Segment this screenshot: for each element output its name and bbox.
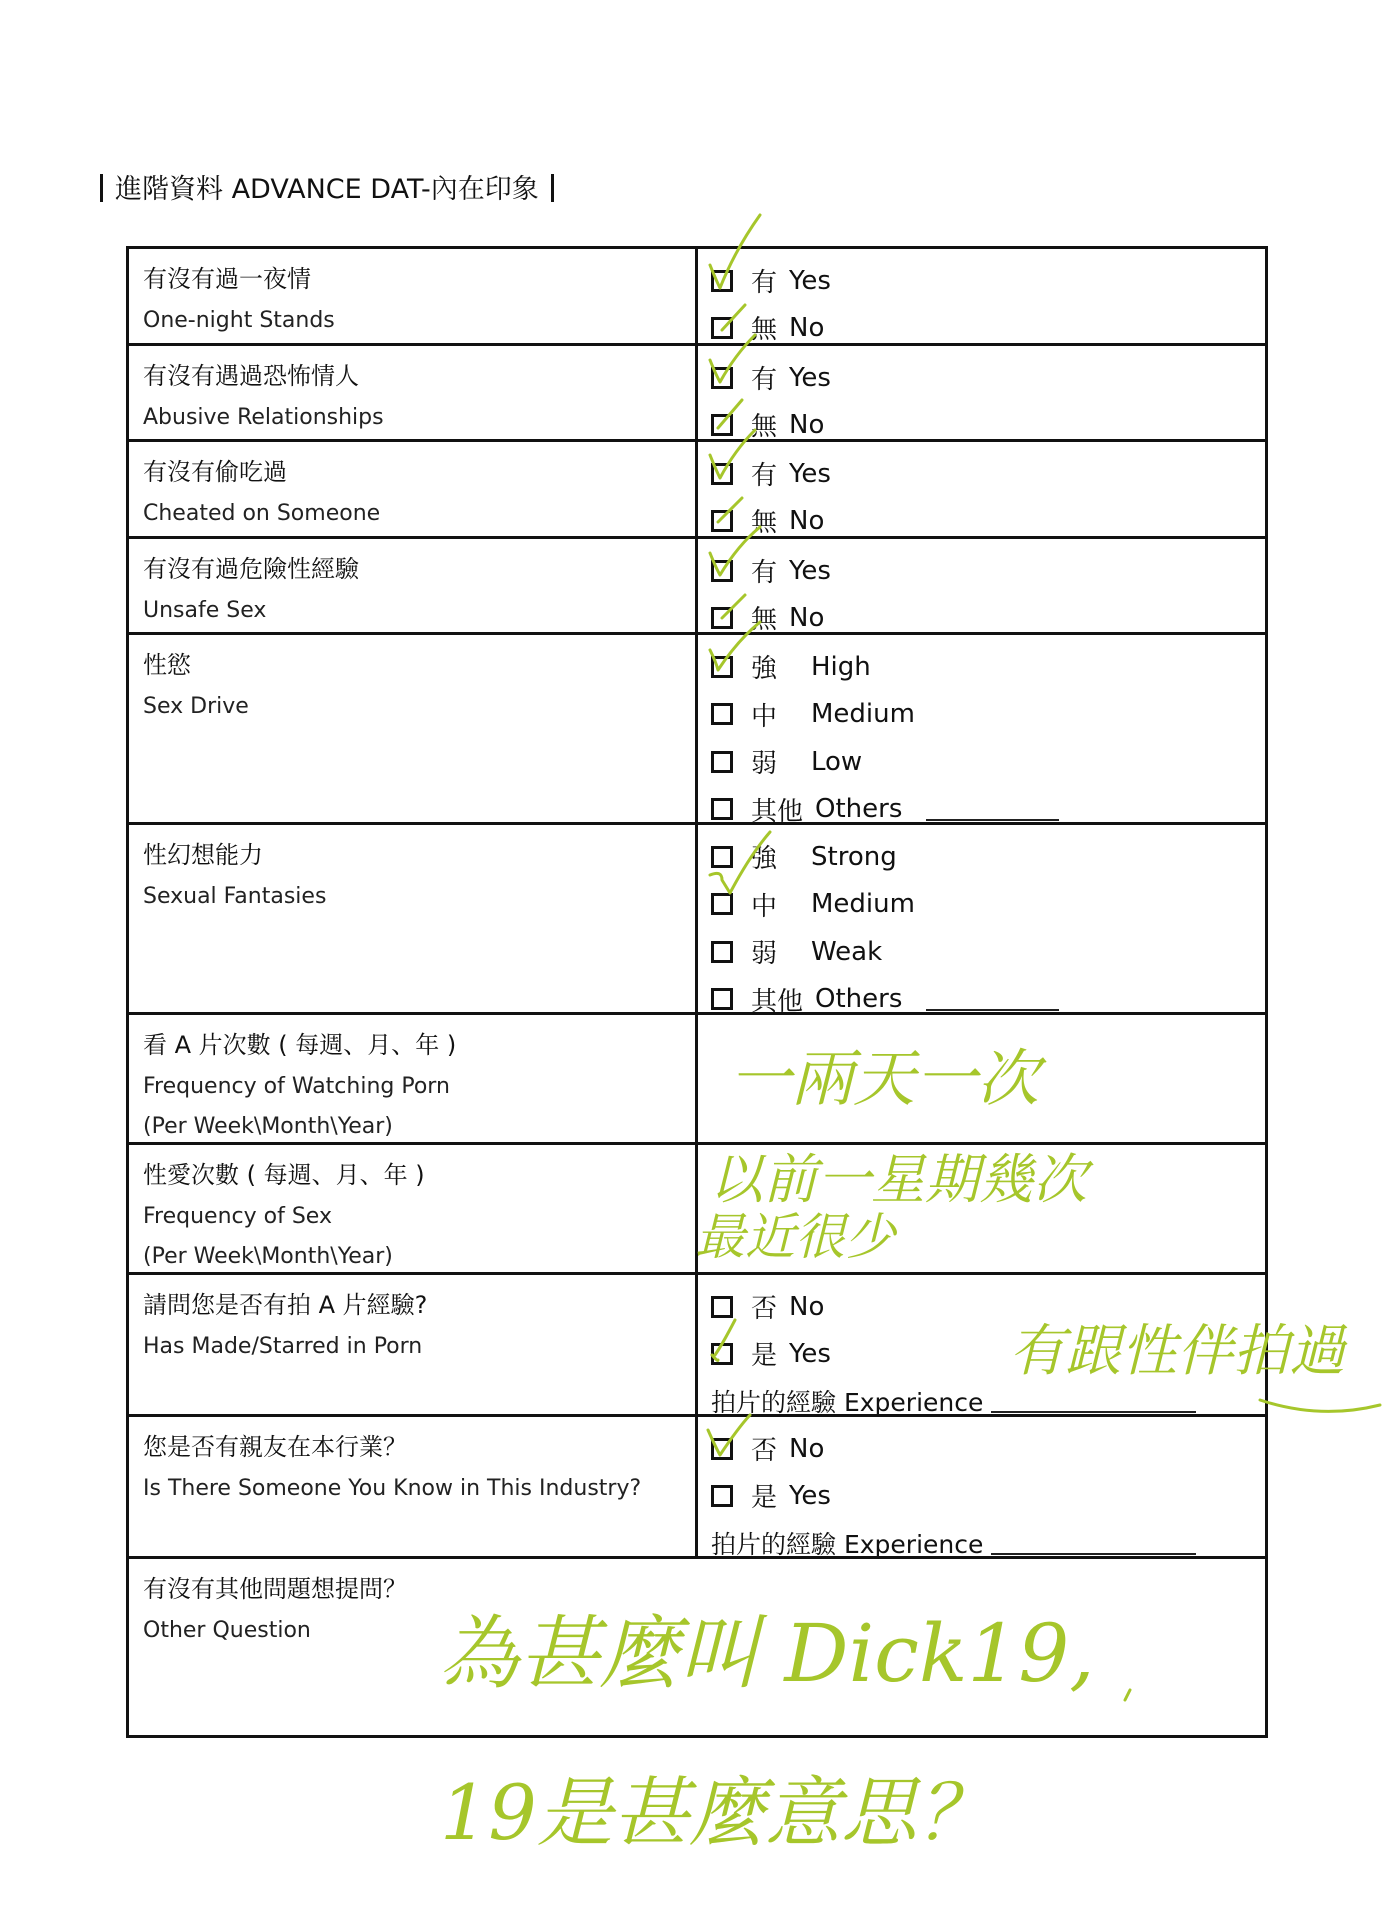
column-divider	[695, 1015, 698, 1142]
option-zh: 有	[751, 262, 779, 299]
checkbox-checked[interactable]	[711, 463, 733, 485]
option-no[interactable]: 否No	[711, 1283, 1255, 1330]
row-one-night-stands: 有沒有過一夜情 One-night Stands 有Yes 無No	[129, 249, 1265, 346]
question-en-period: (Per Week\Month\Year)	[143, 1237, 683, 1277]
checkbox-checked[interactable]	[711, 893, 733, 915]
checkbox-checked[interactable]	[711, 560, 733, 582]
question-en-period: (Per Week\Month\Year)	[143, 1107, 683, 1147]
option-en: No	[789, 506, 824, 536]
option-no[interactable]: 否No	[711, 1425, 1255, 1472]
option-yes[interactable]: 有Yes	[711, 547, 1255, 594]
option-zh: 弱	[751, 933, 801, 970]
checkbox[interactable]	[711, 751, 733, 773]
question-en: Frequency of Sex	[143, 1197, 683, 1237]
question-zh: 有沒有遇過恐怖情人	[143, 354, 683, 398]
title-bar-left	[100, 174, 103, 202]
checkbox[interactable]	[711, 317, 733, 339]
option-zh: 有	[751, 552, 779, 589]
option-en: Yes	[789, 1481, 831, 1511]
handwritten-answer-line1[interactable]: 以前一星期幾次	[709, 1137, 1087, 1214]
option-en: No	[789, 1292, 824, 1322]
question-en: Other Question	[143, 1611, 683, 1651]
question-zh: 請問您是否有拍 A 片經驗?	[143, 1283, 683, 1327]
checkbox-checked[interactable]	[711, 1438, 733, 1460]
checkbox[interactable]	[711, 607, 733, 629]
option-en: Low	[811, 747, 862, 777]
option-en: No	[789, 313, 824, 343]
option-medium[interactable]: 中Medium	[711, 881, 1255, 929]
checkbox-checked[interactable]	[711, 656, 733, 678]
handwritten-answer[interactable]: 一兩天一次	[729, 1029, 1039, 1118]
checkbox[interactable]	[711, 798, 733, 820]
checkbox[interactable]	[711, 1485, 733, 1507]
title-bar-right	[551, 174, 554, 202]
option-strong[interactable]: 強Strong	[711, 833, 1255, 881]
question-en: Abusive Relationships	[143, 398, 683, 438]
option-zh: 中	[751, 886, 801, 923]
checkbox[interactable]	[711, 510, 733, 532]
checkbox-checked[interactable]	[711, 1343, 733, 1365]
question-zh: 有沒有其他問題想提問？	[143, 1567, 683, 1611]
questionnaire-table: 有沒有過一夜情 One-night Stands 有Yes 無No 有沒有遇過恐…	[126, 246, 1268, 1738]
question-en: Unsafe Sex	[143, 591, 683, 631]
question-en: One-night Stands	[143, 301, 683, 341]
option-weak[interactable]: 弱Weak	[711, 928, 1255, 976]
row-abusive-relationships: 有沒有遇過恐怖情人 Abusive Relationships 有Yes 無No	[129, 343, 1265, 439]
option-en: Weak	[811, 937, 882, 967]
handwritten-question-line2[interactable]: 19是甚麼意思？	[440, 1752, 993, 1861]
row-sexual-fantasies: 性幻想能力 Sexual Fantasies 強Strong 中Medium 弱…	[129, 822, 1265, 1012]
option-zh: 有	[751, 359, 779, 396]
option-zh: 中	[751, 696, 801, 733]
column-divider	[695, 539, 698, 632]
option-yes[interactable]: 有Yes	[711, 257, 1255, 304]
column-divider	[695, 825, 698, 1012]
handwritten-answer-line2[interactable]: 最近很少	[695, 1197, 895, 1269]
checkbox-checked[interactable]	[711, 270, 733, 292]
checkbox-checked[interactable]	[711, 367, 733, 389]
row-sex-drive: 性慾 Sex Drive 強High 中Medium 弱Low 其他Others	[129, 632, 1265, 822]
question-zh: 有沒有過危險性經驗	[143, 547, 683, 591]
option-en: Yes	[789, 556, 831, 586]
option-zh: 強	[751, 648, 801, 685]
option-en: Others	[815, 984, 902, 1014]
option-zh: 無	[751, 406, 779, 443]
question-zh: 性愛次數 ( 每週、月、年 )	[143, 1153, 683, 1197]
question-en: Sexual Fantasies	[143, 877, 683, 917]
row-porn-frequency: 看 A 片次數 ( 每週、月、年 ) Frequency of Watching…	[129, 1012, 1265, 1142]
option-en: High	[811, 652, 871, 682]
option-high[interactable]: 強High	[711, 643, 1255, 691]
row-sex-frequency: 性愛次數 ( 每週、月、年 ) Frequency of Sex (Per We…	[129, 1142, 1265, 1272]
row-cheated: 有沒有偷吃過 Cheated on Someone 有Yes 無No	[129, 439, 1265, 536]
option-zh: 無	[751, 502, 779, 539]
question-en: Sex Drive	[143, 687, 683, 727]
row-porn-experience: 請問您是否有拍 A 片經驗? Has Made/Starred in Porn …	[129, 1272, 1265, 1414]
question-en: Is There Someone You Know in This Indust…	[143, 1469, 683, 1509]
option-yes[interactable]: 是Yes	[711, 1330, 1255, 1377]
question-zh: 性慾	[143, 643, 683, 687]
column-divider	[695, 442, 698, 536]
option-zh: 是	[751, 1335, 779, 1372]
row-unsafe-sex: 有沒有過危險性經驗 Unsafe Sex 有Yes 無No	[129, 536, 1265, 632]
checkbox[interactable]	[711, 941, 733, 963]
option-medium[interactable]: 中Medium	[711, 691, 1255, 739]
checkbox[interactable]	[711, 703, 733, 725]
option-yes[interactable]: 有Yes	[711, 354, 1255, 401]
question-zh: 性幻想能力	[143, 833, 683, 877]
column-divider	[695, 635, 698, 822]
row-someone-in-industry: 您是否有親友在本行業？ Is There Someone You Know in…	[129, 1414, 1265, 1556]
option-en: Medium	[811, 699, 915, 729]
option-en: Medium	[811, 889, 915, 919]
column-divider	[695, 1145, 698, 1272]
option-en: Others	[815, 794, 902, 824]
option-zh: 否	[751, 1430, 779, 1467]
question-zh: 看 A 片次數 ( 每週、月、年 )	[143, 1023, 683, 1067]
question-en: Frequency of Watching Porn	[143, 1067, 683, 1107]
column-divider	[695, 249, 698, 346]
option-zh: 無	[751, 309, 779, 346]
row-other-question: 有沒有其他問題想提問？ Other Question 為甚麼叫 Dick19,	[129, 1556, 1265, 1738]
section-title-text: 進階資料 ADVANCE DAT-內在印象	[115, 174, 539, 205]
option-low[interactable]: 弱Low	[711, 738, 1255, 786]
option-en: No	[789, 603, 824, 633]
column-divider	[695, 1275, 698, 1414]
checkbox[interactable]	[711, 1296, 733, 1318]
option-en: No	[789, 1434, 824, 1464]
option-yes[interactable]: 有Yes	[711, 450, 1255, 497]
option-zh: 是	[751, 1477, 779, 1514]
column-divider	[695, 1417, 698, 1556]
question-zh: 您是否有親友在本行業？	[143, 1425, 683, 1469]
experience-input[interactable]	[991, 1531, 1196, 1555]
question-zh: 有沒有過一夜情	[143, 257, 683, 301]
checkbox[interactable]	[711, 414, 733, 436]
option-zh: 無	[751, 599, 779, 636]
option-zh: 弱	[751, 743, 801, 780]
underline-flourish	[1260, 1400, 1380, 1411]
option-en: Yes	[789, 363, 831, 393]
question-en: Cheated on Someone	[143, 494, 683, 534]
option-zh: 強	[751, 838, 801, 875]
option-en: Yes	[789, 1339, 831, 1369]
checkbox[interactable]	[711, 988, 733, 1010]
others-blank-field[interactable]	[926, 797, 1059, 821]
experience-input[interactable]	[991, 1389, 1196, 1413]
option-en: Strong	[811, 842, 897, 872]
question-zh: 有沒有偷吃過	[143, 450, 683, 494]
option-yes[interactable]: 是Yes	[711, 1472, 1255, 1519]
option-en: No	[789, 410, 824, 440]
option-zh: 有	[751, 455, 779, 492]
column-divider	[695, 346, 698, 439]
question-en: Has Made/Starred in Porn	[143, 1327, 683, 1367]
section-title: 進階資料 ADVANCE DAT-內在印象	[100, 172, 566, 208]
option-en: Yes	[789, 266, 831, 296]
checkbox[interactable]	[711, 846, 733, 868]
others-blank-field[interactable]	[926, 987, 1059, 1011]
option-zh: 否	[751, 1288, 779, 1325]
option-en: Yes	[789, 459, 831, 489]
